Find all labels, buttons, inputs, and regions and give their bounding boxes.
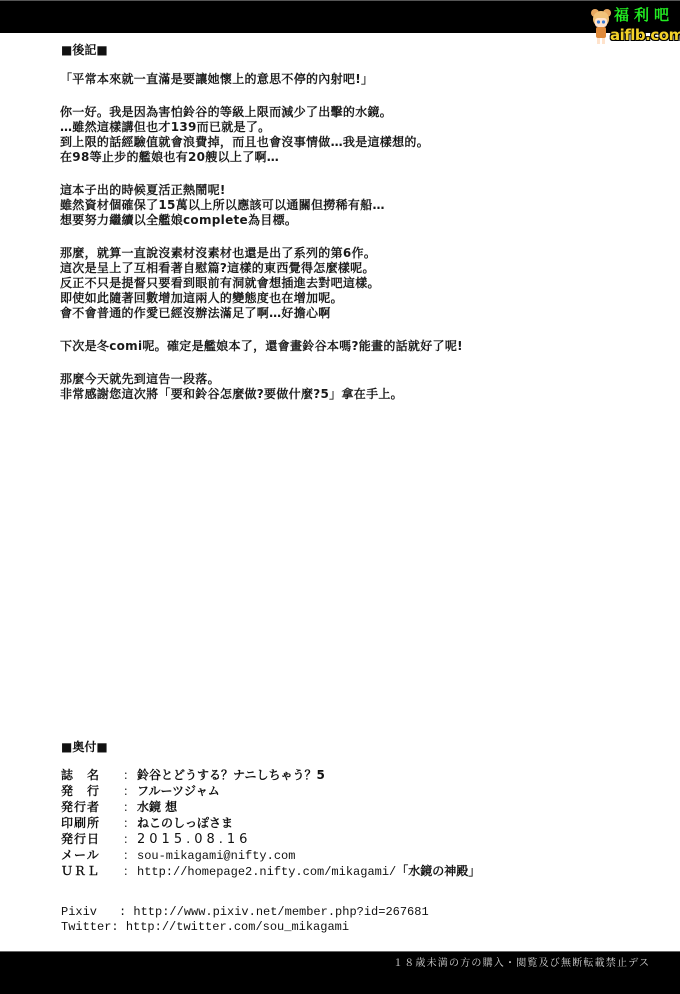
homepage-name: 「水鏡の神殿」: [396, 864, 480, 878]
social-links: Pixiv: http://www.pixiv.net/member.php?i…: [61, 905, 429, 935]
colophon-label: 発行者: [61, 799, 123, 815]
colophon-row-email: メール：sou-mikagami@nifty.com: [61, 847, 480, 863]
colophon-separator: ：: [123, 767, 137, 783]
bottom-black-band: １８歳未満の方の購入・閲覧及び無断転載禁止デス: [0, 951, 680, 994]
colophon-label: 誌 名: [61, 767, 123, 783]
afterword-paragraph: 你一好。我是因為害怕鈴谷的等級上限而減少了出擊的水鏡。 …雖然這樣講但也才139…: [60, 105, 580, 165]
colophon-row-author: 発行者：水鏡 想: [61, 799, 480, 815]
colophon-label: 発行日: [61, 831, 123, 847]
watermark-site-name: 福利吧: [614, 4, 674, 25]
afterword-line: 這本子出的時候夏活正熱鬧呢!: [60, 183, 580, 198]
afterword-line: 「平常本來就一直滿是要讓她懷上的意思不停的內射吧!」: [60, 72, 580, 87]
colophon-label: 印刷所: [61, 815, 123, 831]
colophon-separator: ：: [123, 783, 137, 799]
colophon-label: メール: [61, 847, 123, 863]
afterword-heading: ■後記■: [61, 41, 108, 58]
watermark-domain: aiflb.com: [610, 26, 680, 44]
colophon-row-date: 発行日：2015.08.16: [61, 831, 480, 847]
twitter-link[interactable]: http://twitter.com/sou_mikagami: [126, 920, 349, 934]
pixiv-row: Pixiv: http://www.pixiv.net/member.php?i…: [61, 905, 429, 920]
colophon-row-publisher: 発 行：フルーツジャム: [61, 783, 480, 799]
afterword-line: 這次是呈上了互相看著自慰篇?這樣的東西覺得怎麼樣呢。: [60, 261, 580, 276]
colophon-value: 2015.08.16: [137, 832, 251, 847]
mascot-icon: [590, 6, 612, 46]
pixiv-link[interactable]: http://www.pixiv.net/member.php?id=26768…: [133, 905, 428, 919]
afterword-line: 到上限的話經驗值就會浪費掉，而且也會沒事情做…我是這樣想的。: [60, 135, 580, 150]
colophon-separator: ：: [123, 847, 137, 863]
colophon-separator: ：: [123, 815, 137, 831]
colophon-separator: ：: [123, 799, 137, 815]
homepage-link[interactable]: http://homepage2.nifty.com/mikagami/: [137, 865, 396, 879]
afterword-paragraph: 那麼，就算一直說沒素材沒素材也還是出了系列的第6作。 這次是呈上了互相看著自慰篇…: [60, 246, 580, 321]
afterword-line: 反正不只是提督只要看到眼前有洞就會想插進去對吧這樣。: [60, 276, 580, 291]
age-restriction-notice: １８歳未満の方の購入・閲覧及び無断転載禁止デス: [393, 954, 650, 969]
afterword-line: 會不會普通的作愛已經沒辦法滿足了啊…好擔心啊: [60, 306, 580, 321]
colophon-value: ねこのしっぽさま: [137, 816, 233, 830]
colophon-heading: ■奥付■: [61, 738, 108, 755]
colophon-value: フルーツジャム: [137, 784, 220, 798]
colophon-value: 鈴谷とどうする？ナニしちゃう？5: [137, 768, 325, 782]
colophon-table: 誌 名：鈴谷とどうする？ナニしちゃう？5 発 行：フルーツジャム 発行者：水鏡 …: [61, 767, 480, 879]
afterword-line: 雖然資材個確保了15萬以上所以應該可以通關但撈稀有船…: [60, 198, 580, 213]
link-separator: :: [111, 920, 118, 934]
afterword-paragraph: 那麼今天就先到這告一段落。 非常感謝您這次將「要和鈴谷怎麼做?要做什麼?5」拿在…: [60, 372, 580, 402]
colophon-value: 水鏡 想: [137, 800, 177, 814]
afterword-line: 下次是冬comi呢。確定是艦娘本了，還會畫鈴谷本嗎?能畫的話就好了呢!: [60, 339, 580, 354]
afterword-line: 即使如此隨著回數增加這兩人的變態度也在增加呢。: [60, 291, 580, 306]
site-watermark: 福利吧 aiflb.com: [590, 4, 680, 46]
afterword-line: 那麼，就算一直說沒素材沒素材也還是出了系列的第6作。: [60, 246, 580, 261]
colophon-separator: ：: [123, 863, 137, 879]
afterword-paragraph: 這本子出的時候夏活正熱鬧呢! 雖然資材個確保了15萬以上所以應該可以通關但撈稀有…: [60, 183, 580, 228]
afterword-paragraph: 「平常本來就一直滿是要讓她懷上的意思不停的內射吧!」: [60, 72, 580, 87]
afterword-line: 那麼今天就先到這告一段落。: [60, 372, 580, 387]
email-link[interactable]: sou-mikagami@nifty.com: [137, 849, 295, 863]
link-separator: :: [119, 905, 126, 919]
colophon-label: ＵＲＬ: [61, 863, 123, 879]
afterword-line: …雖然這樣講但也才139而已就是了。: [60, 120, 580, 135]
afterword-paragraph: 下次是冬comi呢。確定是艦娘本了，還會畫鈴谷本嗎?能畫的話就好了呢!: [60, 339, 580, 354]
colophon-row-title: 誌 名：鈴谷とどうする？ナニしちゃう？5: [61, 767, 480, 783]
afterword-line: 想要努力繼續以全艦娘complete為目標。: [60, 213, 580, 228]
colophon-label: 発 行: [61, 783, 123, 799]
colophon-row-url: ＵＲＬ：http://homepage2.nifty.com/mikagami/…: [61, 863, 480, 879]
twitter-label: Twitter: [61, 920, 111, 934]
twitter-row: Twitter: http://twitter.com/sou_mikagami: [61, 920, 429, 935]
colophon-separator: ：: [123, 831, 137, 847]
afterword-body: 「平常本來就一直滿是要讓她懷上的意思不停的內射吧!」 你一好。我是因為害怕鈴谷的…: [60, 72, 580, 420]
afterword-line: 在98等止步的艦娘也有20艘以上了啊…: [60, 150, 580, 165]
afterword-line: 非常感謝您這次將「要和鈴谷怎麼做?要做什麼?5」拿在手上。: [60, 387, 580, 402]
afterword-line: 你一好。我是因為害怕鈴谷的等級上限而減少了出擊的水鏡。: [60, 105, 580, 120]
pixiv-label: Pixiv: [61, 905, 119, 920]
colophon-row-printer: 印刷所：ねこのしっぽさま: [61, 815, 480, 831]
top-black-band: [0, 0, 680, 33]
